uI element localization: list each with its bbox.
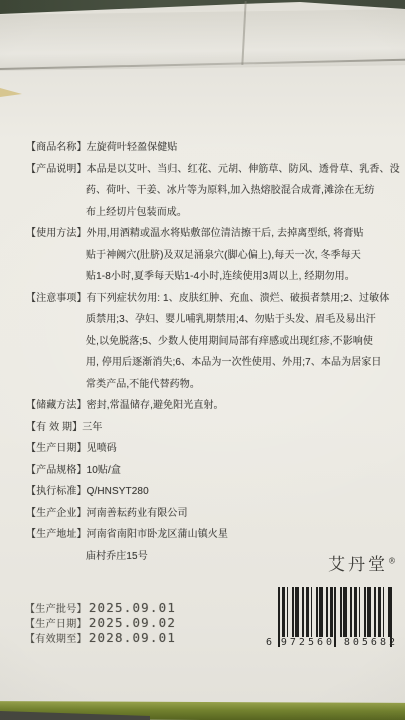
label-line-usage: 【使用方法】外用,用酒精或温水将贴敷部位清洁擦干后, 去掉离型纸, 将膏贴: [0, 223, 405, 245]
stamp-label: 【有效期至】: [25, 630, 87, 645]
brand-name: 艾丹堂®: [328, 550, 396, 575]
inkjet-date-stamp: 【生产批号】 2025.09.01 【生产日期】 2025.09.02 【有效期…: [25, 600, 176, 645]
label-line-precautions-wrap: 常类产品,不能代替药物。: [0, 374, 405, 396]
label-line-description-wrap: 药、荷叶、干姜、冰片等为原料,加入热熔胶混合成膏,滩涂在无纺: [0, 180, 405, 202]
stamp-line-expiry-date: 【有效期至】 2028.09.01: [25, 630, 176, 645]
label-line-precautions: 【注意事项】有下列症状勿用: 1、皮肤红肿、充血、溃烂、破损者禁用;2、过敏体: [0, 288, 405, 310]
label-line-precautions-wrap: 用, 停用后逐渐消失;6、本品为一次性使用、外用;7、本品为居家日: [0, 352, 405, 374]
label-line-usage-wrap: 贴1-8小时,夏季每天贴1-4小时,连续使用3周以上, 经期勿用。: [0, 266, 405, 288]
barcode-digits: 6 972560 805682: [266, 637, 398, 648]
label-line-description-wrap: 布上经切片包装而成。: [0, 202, 405, 224]
barcode: 6 972560 805682: [266, 585, 398, 653]
product-box-photo: 【商品名称】左旋荷叶轻盈保健贴 【产品说明】本品是以艾叶、当归、红花、元胡、伸筋…: [0, 0, 405, 720]
barcode-digit-group: 972560: [281, 637, 335, 648]
label-line-precautions-wrap: 处,以免脱落;5、少数人使用期间局部有痒感或出现红疹,不影响使: [0, 331, 405, 353]
stamp-label: 【生产日期】: [25, 615, 87, 630]
stamp-label: 【生产批号】: [25, 600, 87, 615]
label-line-product-name: 【商品名称】左旋荷叶轻盈保健贴: [0, 137, 405, 159]
barcode-digit-group: 805682: [344, 637, 398, 648]
label-line-specification: 【产品规格】10贴/盒: [0, 460, 405, 482]
brand-name-text: 艾丹堂: [328, 555, 388, 575]
label-line-manufacturer: 【生产企业】河南善耘药业有限公司: [0, 503, 405, 525]
label-line-precautions-wrap: 质禁用;3、孕妇、婴儿哺乳期禁用;4、勿贴于头发、眉毛及易出汗: [0, 309, 405, 331]
stamp-value: 2025.09.01: [89, 600, 176, 615]
box-edge-tape-sliver: [0, 88, 22, 97]
label-text-block: 【商品名称】左旋荷叶轻盈保健贴 【产品说明】本品是以艾叶、当归、红花、元胡、伸筋…: [0, 137, 405, 567]
label-line-standard: 【执行标准】Q/HNSYT280: [0, 481, 405, 503]
stamp-value: 2025.09.02: [89, 615, 176, 630]
registered-trademark-mark: ®: [388, 556, 396, 565]
label-line-storage: 【储藏方法】密封,常温储存,避免阳光直射。: [0, 395, 405, 417]
label-line-production-date: 【生产日期】见喷码: [0, 438, 405, 460]
label-line-address: 【生产地址】河南省南阳市卧龙区蒲山镇火星: [0, 524, 405, 546]
stamp-line-production-date: 【生产日期】 2025.09.02: [25, 615, 176, 630]
barcode-lead-digit: 6: [266, 637, 272, 648]
label-line-shelf-life: 【有 效 期】三年: [0, 417, 405, 439]
stamp-line-batch: 【生产批号】 2025.09.01: [25, 600, 176, 615]
label-line-usage-wrap: 贴于神阙穴(肚脐)及双足涌泉穴(脚心偏上),每天一次, 冬季每天: [0, 245, 405, 267]
label-line-description: 【产品说明】本品是以艾叶、当归、红花、元胡、伸筋草、防风、透骨草、乳香、没: [0, 159, 405, 181]
stamp-value: 2028.09.01: [89, 630, 176, 645]
